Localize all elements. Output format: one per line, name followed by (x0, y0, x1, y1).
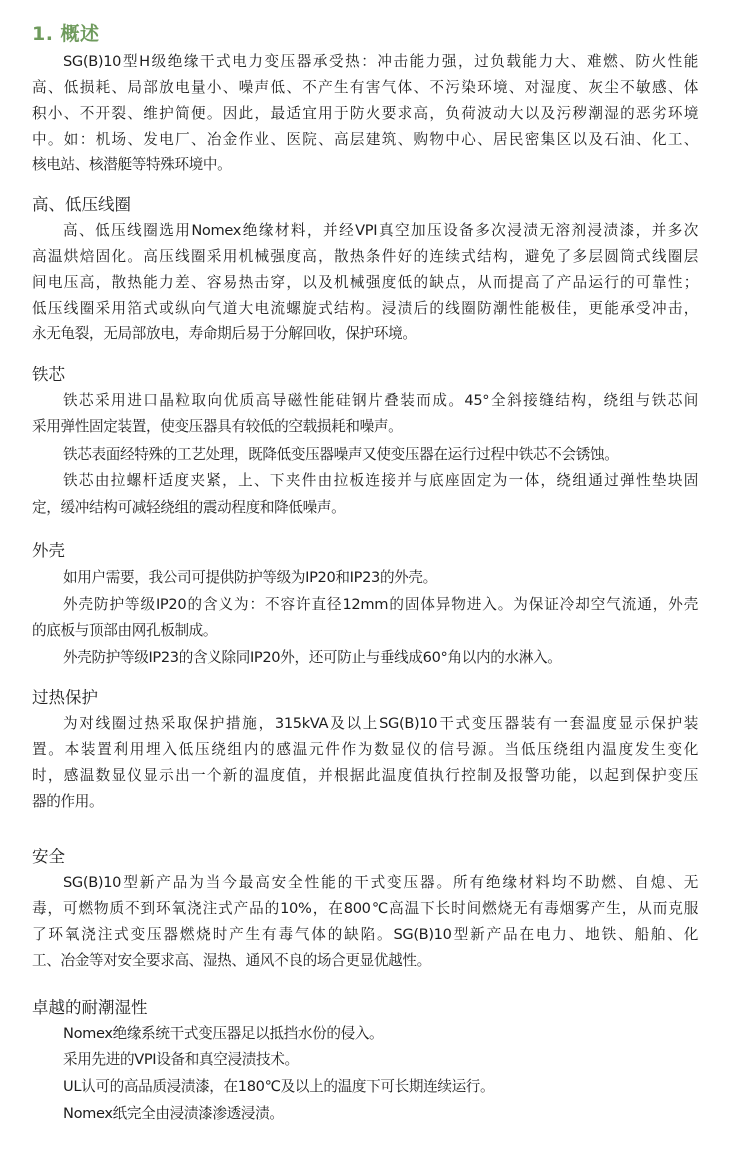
paragraph-line: 置。本装置利用埋入低压绕组内的感温元件作为数显仪的信号源。当低压绕组内温度发生变… (32, 740, 698, 760)
paragraph-line: 器的作用。 (32, 792, 698, 812)
section-title-overheat-protection: 过热保护 (32, 684, 98, 708)
paragraph-line: 高、低压线圈选用Nomex绝缘材料，并经VPI真空加压设备多次浸渍无溶剂浸渍漆，… (63, 221, 698, 241)
section-title-safety: 安全 (32, 843, 65, 867)
section-title-housing: 外壳 (32, 537, 65, 561)
paragraph-line: 了环氧浇注式变压器燃烧时产生有毒气体的缺陷。SG(B)10型新产品在电力、地铁、… (32, 925, 698, 945)
paragraph-line: 铁芯表面经特殊的工艺处理，既降低变压器噪声又使变压器在运行过程中铁芯不会锈蚀。 (63, 445, 698, 465)
paragraph-line: 时，感温数显仪显示出一个新的温度值，并根据此温度值执行控制及报警功能，以起到保护… (32, 766, 698, 786)
paragraph-line: 高温烘焙固化。高压线圈采用机械强度高，散热条件好的连续式结构，避免了多层圆筒式线… (32, 247, 698, 267)
paragraph-line: 铁芯由拉螺杆适度夹紧，上、下夹件由拉板连接并与底座固定为一体，绕组通过弹性垫块固 (63, 471, 698, 491)
list-item: UL认可的高品质浸渍漆，在180℃及以上的温度下可长期连续运行。 (63, 1077, 494, 1097)
overview-line: 中。如：机场、发电厂、冶金作业、医院、高层建筑、购物中心、居民密集区以及石油、化… (32, 130, 698, 150)
paragraph-line: 间电压高，散热能力差、容易热击穿，以及机械强度低的缺点，从而提高了产品运行的可靠… (32, 273, 698, 293)
list-item: Nomex绝缘系统干式变压器足以抵挡水份的侵入。 (63, 1024, 383, 1044)
paragraph-line: 毒，可燃物质不到环氧浇注式产品的10%，在800℃高温下长时间燃烧无有毒烟雾产生… (32, 899, 698, 919)
paragraph-line: 永无龟裂，无局部放电，寿命期后易于分解回收，保护环境。 (32, 324, 698, 344)
paragraph-line: 低压线圈采用箔式或纵向气道大电流螺旋式结构。浸渍后的线圈防潮性能极佳，更能承受冲… (32, 299, 698, 319)
paragraph-line: 采用弹性固定装置，使变压器具有较低的空载损耗和噪声。 (32, 417, 698, 437)
section-title-coils: 高、低压线圈 (32, 191, 131, 215)
paragraph-line: 如用户需要，我公司可提供防护等级为IP20和IP23的外壳。 (63, 568, 698, 588)
overview-line: SG(B)10型H级绝缘干式电力变压器承受热：冲击能力强，过负载能力大、难燃、防… (63, 52, 698, 72)
paragraph-line: 工、冶金等对安全要求高、湿热、通风不良的场合更显优越性。 (32, 951, 698, 971)
page-title: 1. 概述 (32, 19, 100, 46)
list-item: 采用先进的VPI设备和真空浸渍技术。 (63, 1050, 299, 1070)
paragraph-line: SG(B)10型新产品为当今最高安全性能的干式变压器。所有绝缘材料均不助燃、自熄… (63, 873, 698, 893)
paragraph-line: 外壳防护等级IP23的含义除同IP20外，还可防止与垂线成60°角以内的水淋入。 (63, 648, 698, 668)
paragraph-line: 外壳防护等级IP20的含义为：不容许直径12mm的固体异物进入。为保证冷却空气流… (63, 595, 698, 615)
overview-line: 核电站、核潜艇等特殊环境中。 (32, 155, 698, 175)
paragraph-line: 定，缓冲结构可减轻绕组的震动程度和降低噪声。 (32, 498, 698, 518)
list-item: Nomex纸完全由浸渍漆渗透浸渍。 (63, 1104, 284, 1124)
section-title-moisture-resistance: 卓越的耐潮湿性 (32, 994, 148, 1018)
paragraph-line: 铁芯采用进口晶粒取向优质高导磁性能硅钢片叠装而成。45°全斜接缝结构，绕组与铁芯… (63, 391, 698, 411)
paragraph-line: 为对线圈过热采取保护措施，315kVA及以上SG(B)10干式变压器装有一套温度… (63, 714, 698, 734)
overview-line: 积小、不开裂、维护简便。因此，最适宜用于防火要求高，负荷波动大以及污秽潮湿的恶劣… (32, 104, 698, 124)
overview-line: 高、低损耗、局部放电量小、噪声低、不产生有害气体、不污染环境、对湿度、灰尘不敏感… (32, 78, 698, 98)
paragraph-line: 的底板与顶部由网孔板制成。 (32, 621, 698, 641)
section-title-core: 铁芯 (32, 361, 65, 385)
